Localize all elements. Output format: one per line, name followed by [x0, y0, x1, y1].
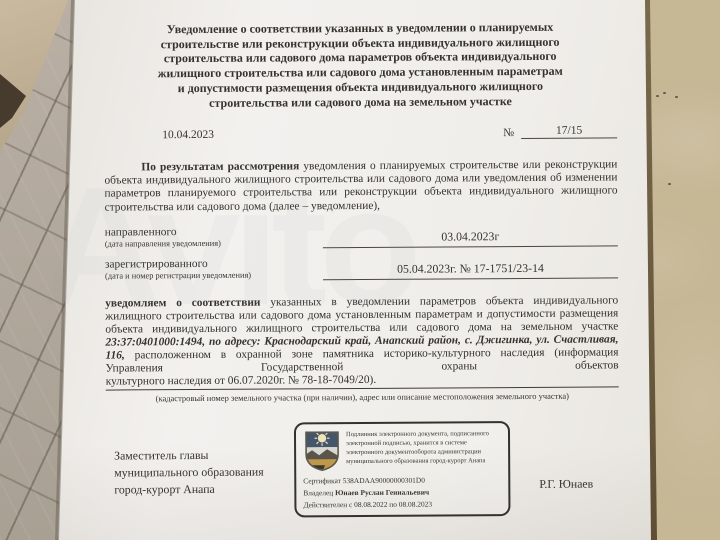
document-number: № 17/15	[503, 125, 617, 140]
field-registered: зарегистрированного (дата и номер регист…	[105, 255, 618, 281]
document-meta-row: 10.04.2023 № 17/15	[162, 125, 617, 142]
stamp-certificate-row: Сертификат 538ADAA90000000301D0	[303, 475, 501, 486]
stamp-statement-line: Подлинник электронного документа, подпис…	[346, 429, 489, 439]
digital-signature-stamp: Подлинник электронного документа, подпис…	[294, 421, 511, 517]
stamp-statement-line: муниципального образования город-курорт …	[346, 456, 489, 466]
paragraph-lead-bold: уведомляем о соответствии	[105, 296, 260, 309]
field-value: 05.04.2023г. № 17-1751/23-14	[323, 260, 618, 280]
number-value: 17/15	[521, 125, 617, 140]
anapa-coat-of-arms-icon	[303, 429, 341, 473]
paragraph-lead-bold: По результатам рассмотрения	[141, 161, 299, 174]
surface-speck	[663, 92, 666, 94]
position-line: город-курорт Анапа	[114, 480, 263, 498]
surface-speck	[656, 95, 659, 97]
field-caption: (дата направления уведомления)	[105, 238, 323, 249]
position-line: муниципального образования	[114, 463, 263, 481]
stamp-header: Подлинник электронного документа, подпис…	[303, 428, 501, 473]
number-sign-label: №	[503, 127, 514, 139]
title-line: и допустимости размещения объекта индиви…	[142, 78, 579, 95]
land-plot-caption: (кадастровый номер земельного участка (п…	[106, 390, 619, 403]
certificate-label: Сертификат	[303, 476, 341, 485]
field-label-block: направленного (дата направления уведомле…	[105, 225, 323, 249]
position-line: Заместитель главы	[114, 447, 263, 465]
field-label-block: зарегистрированного (дата и номер регист…	[105, 257, 323, 281]
owner-name: Юнаев Руслан Гениальевич	[335, 487, 429, 497]
field-sent: направленного (дата направления уведомле…	[105, 223, 618, 249]
surface-speck	[668, 183, 671, 185]
field-caption: (дата и номер регистрации уведомления)	[105, 270, 323, 281]
paragraph-review-result: По результатам рассмотрения уведомления …	[104, 159, 617, 215]
paragraph-body: расположенном в охранной зоне памятника …	[106, 346, 619, 374]
document-date: 10.04.2023	[162, 129, 214, 141]
heritage-reference-underlined: культурного наследия от 06.07.2020г. № 7…	[106, 373, 619, 391]
photo-of-document: Уведомление о соответствии указанных в у…	[0, 0, 720, 540]
document-content: Уведомление о соответствии указанных в у…	[103, 0, 619, 540]
stamp-validity-row: Действителен с 08.08.2022 по 08.08.2023	[303, 499, 501, 510]
field-label: направленного	[105, 225, 323, 238]
stamp-statement: Подлинник электронного документа, подпис…	[346, 428, 489, 473]
signatory-position: Заместитель главы муниципального образов…	[114, 447, 264, 498]
signatory-name: Р.Г. Юнаев	[539, 477, 593, 492]
field-label: зарегистрированного	[105, 257, 323, 270]
field-value: 03.04.2023г	[323, 228, 618, 248]
stamp-owner-row: Владелец Юнаев Руслан Гениальевич	[303, 487, 501, 498]
certificate-value: 538ADAA90000000301D0	[343, 475, 425, 485]
paragraph-conformity: уведомляем о соответствии указанных в ув…	[105, 294, 618, 376]
document-title: Уведомление о соответствии указанных в у…	[141, 20, 579, 111]
title-line: строительства или садового дома на земел…	[142, 93, 579, 110]
owner-label: Владелец	[303, 488, 333, 497]
surface-speck	[675, 96, 678, 98]
